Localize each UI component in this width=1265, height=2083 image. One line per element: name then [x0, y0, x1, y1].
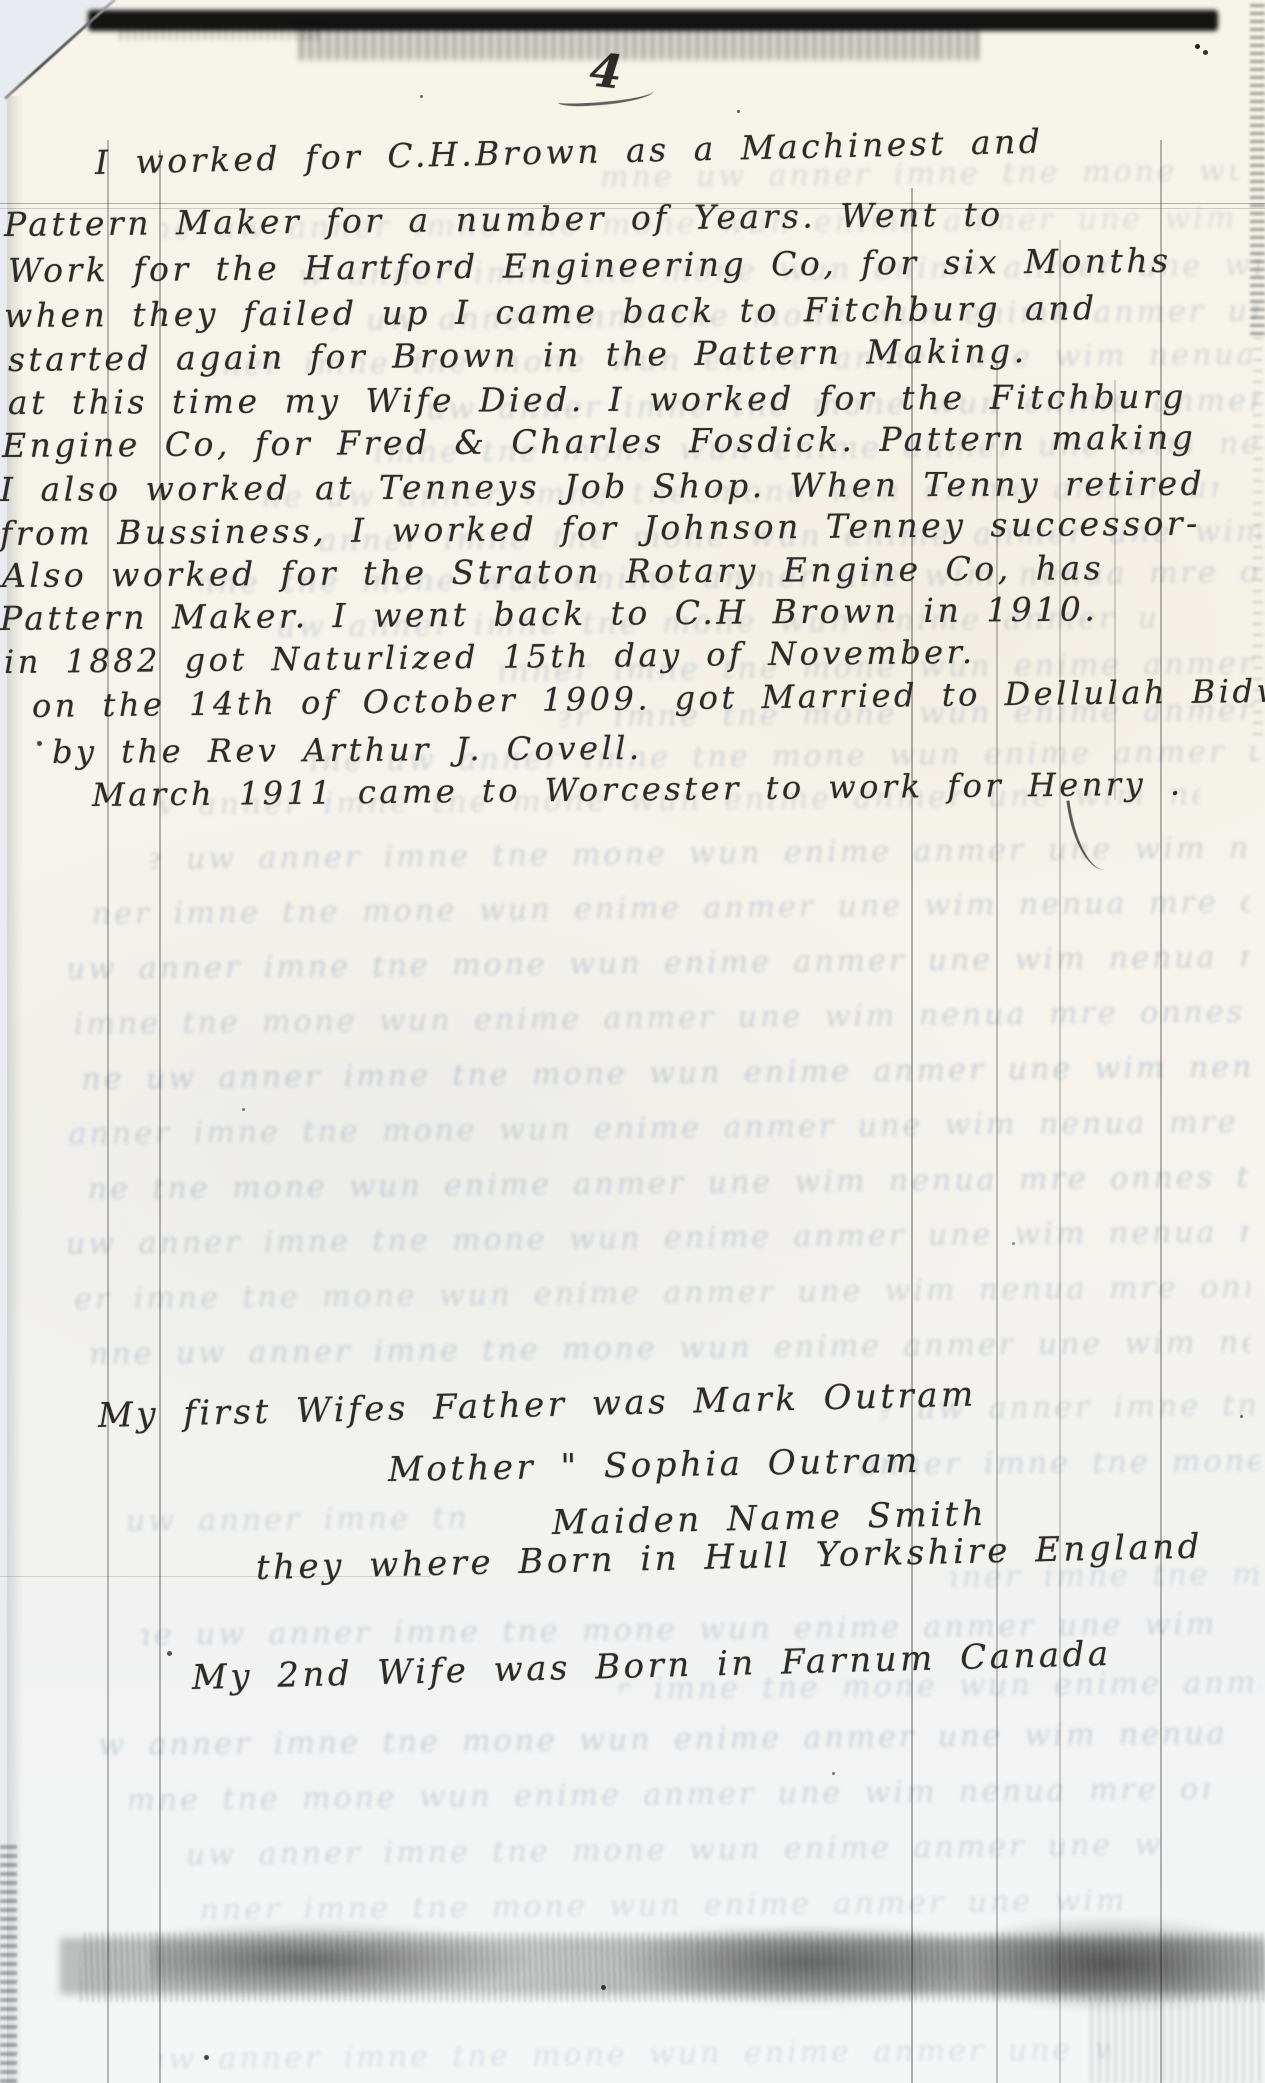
scanner-artifact-fringe [300, 24, 980, 60]
right-edge-speckle [1250, 0, 1265, 335]
scanned-document: { "doc": { "kind": "handwritten memoir p… [0, 0, 1265, 2083]
bleedthrough-line: mne uw anner imne tne mone wun enime anm… [120, 1500, 470, 1539]
left-edge-speckle [0, 1845, 17, 2083]
fold-line-vertical [159, 150, 161, 2083]
fold-line-vertical [1114, 380, 1116, 800]
fold-line-vertical [996, 360, 998, 2083]
handwritten-line: at this time my Wife Died. I worked for … [8, 377, 1187, 422]
ruled-line-horizontal [0, 203, 1265, 204]
fold-line-vertical [107, 140, 109, 2083]
handwritten-line: Engine Co, for Fred & Charles Fosdick. P… [2, 418, 1197, 465]
fold-line-vertical [911, 188, 913, 2083]
ruled-line-horizontal [0, 208, 1265, 209]
scanner-artifact-fringe [120, 24, 320, 40]
bottom-right-speckle [1090, 1995, 1265, 2083]
handwritten-line: Also worked for the Straton Rotary Engin… [2, 548, 1104, 595]
handwritten-line: when they failed up I came back to Fitch… [4, 288, 1098, 335]
bottom-smudge-texture [80, 1932, 1265, 2002]
dust-specks [0, 0, 3, 3]
handwritten-line: I also worked at Tenneys Job Shop. When … [0, 464, 1205, 509]
handwritten-line: by the Rev Arthur J. Covell. [52, 729, 643, 771]
right-edge-speckle [1253, 335, 1263, 735]
crease-line-horizontal [0, 1576, 430, 1577]
fold-line-vertical [1160, 140, 1162, 2083]
fold-line-vertical [1059, 240, 1061, 2083]
